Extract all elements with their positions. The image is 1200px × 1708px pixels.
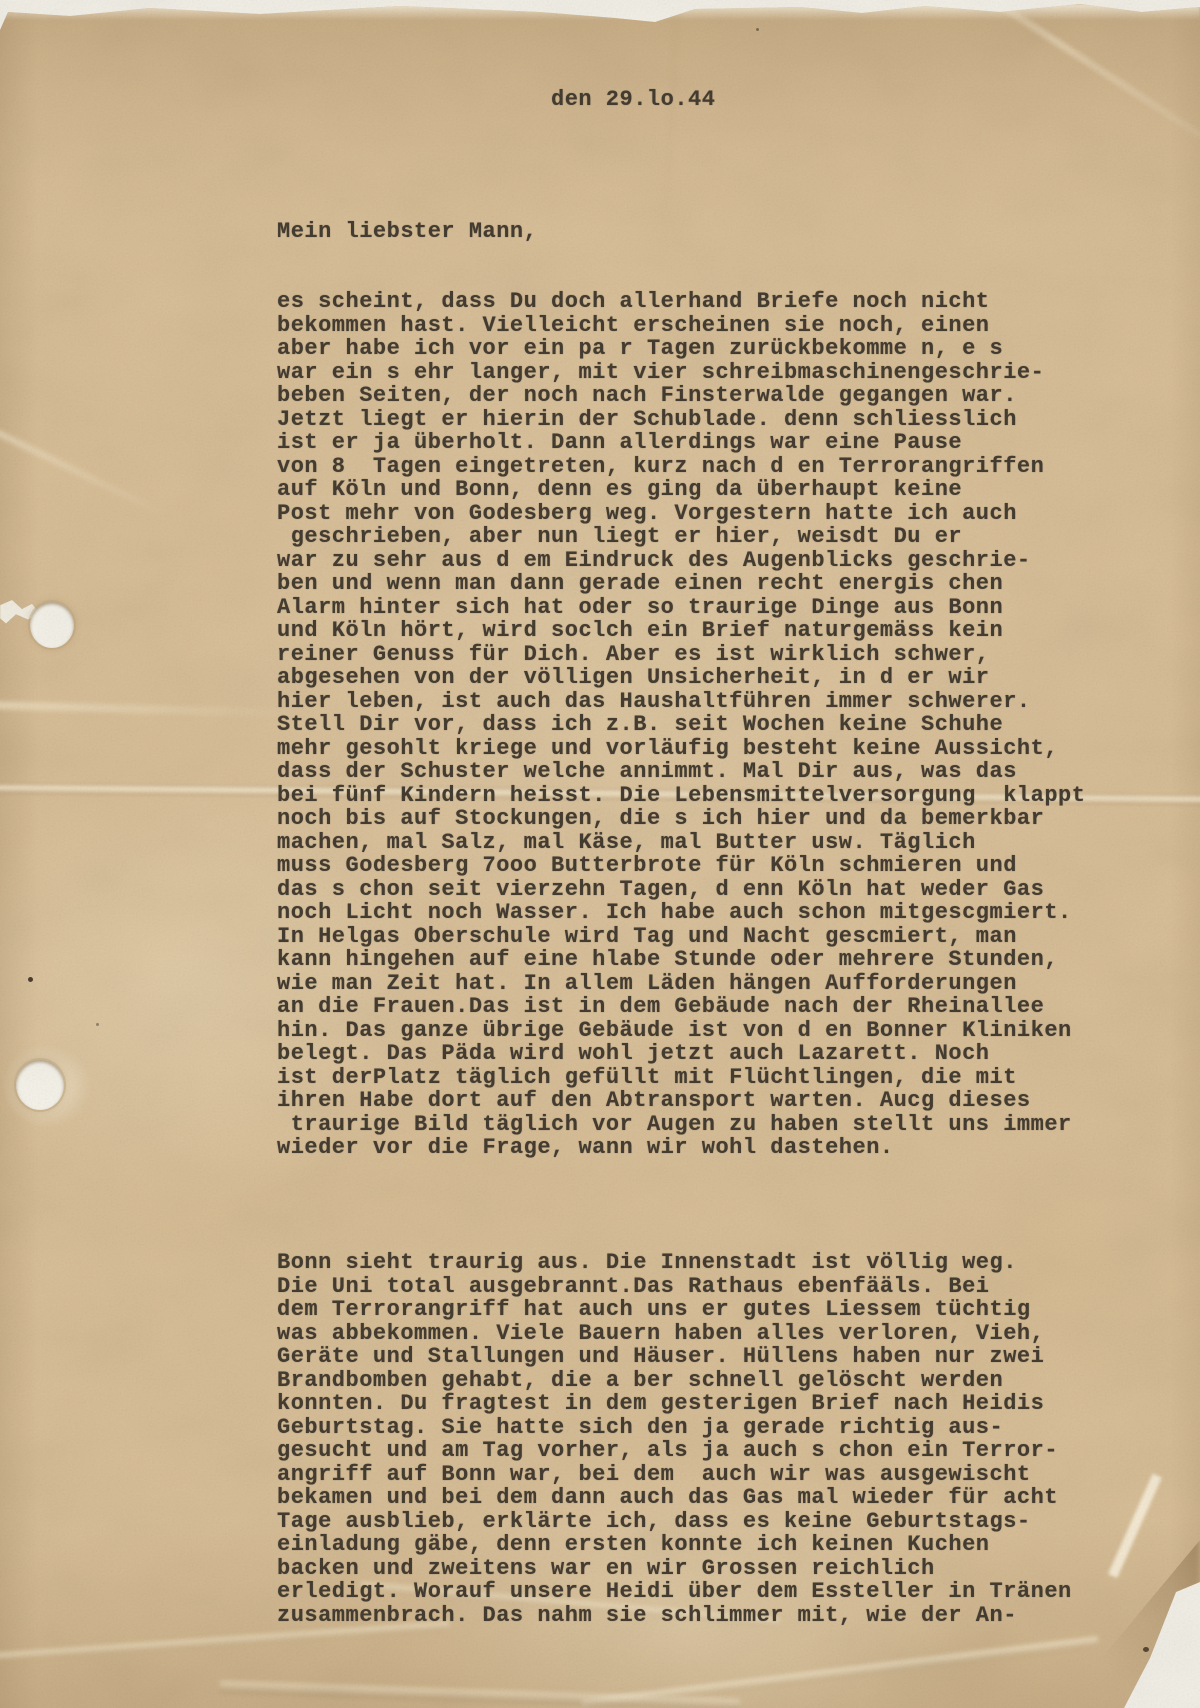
letter-line: kann hingehen auf eine hlabe Stunde oder… (277, 948, 1085, 972)
letter-line: konnten. Du fragtest in dem gesterigen B… (277, 1392, 1072, 1416)
scanned-letter-scan: den 29.lo.44 Mein liebster Mann, es sche… (0, 0, 1200, 1708)
letter-line: Alarm hinter sich hat oder so traurige D… (277, 596, 1085, 620)
letter-line: von 8 Tagen eingetreten, kurz nach d en … (277, 455, 1085, 479)
letter-line: das s chon seit vierzehn Tagen, d enn Kö… (277, 878, 1085, 902)
letter-line: Geräte und Stallungen und Häuser. Hüllen… (277, 1345, 1072, 1369)
letter-line: Die Uni total ausgebrannt.Das Rathaus eb… (277, 1275, 1072, 1299)
letter-line: gesucht und am Tag vorher, als ja auch s… (277, 1439, 1072, 1463)
letter-line: erledigt. Worauf unsere Heidi über dem E… (277, 1580, 1072, 1604)
letter-line: In Helgas Oberschule wird Tag und Nacht … (277, 925, 1085, 949)
letter-line: Stell Dir vor, dass ich z.B. seit Wochen… (277, 713, 1085, 737)
bottom-crease-3 (581, 1636, 1098, 1708)
letter-paragraph-2: Bonn sieht traurig aus. Die Innenstadt i… (277, 1251, 1072, 1627)
letter-line: bei fünf Kindern heisst. Die Lebensmitte… (277, 784, 1085, 808)
ink-speck (28, 977, 33, 982)
vertical-crease (661, 0, 680, 240)
letter-line: hier leben, ist auch das Haushaltführen … (277, 690, 1085, 714)
ink-speck (756, 28, 759, 31)
letter-line: bekommen hast. Vielleicht erscheinen sie… (277, 314, 1085, 338)
letter-line: bekamen und bei dem dann auch das Gas ma… (277, 1486, 1072, 1510)
crease-near-hole (0, 429, 168, 519)
letter-line: geschrieben, aber nun liegt er hier, wei… (277, 525, 1085, 549)
letter-line: hin. Das ganze übrige Gebäude ist von d … (277, 1019, 1085, 1043)
letter-line: Tage ausblieb, erklärte ich, dass es kei… (277, 1510, 1072, 1534)
letter-line: beben Seiten, der noch nach Finsterwalde… (277, 384, 1085, 408)
letter-line: war zu sehr aus d em Eindruck des Augenb… (277, 549, 1085, 573)
letter-line: zusammenbrach. Das nahm sie schlimmer mi… (277, 1604, 1072, 1628)
letter-line: backen und zweitens war en wir Grossen r… (277, 1557, 1072, 1581)
letter-line: einladung gäbe, denn ersten konnte ich k… (277, 1533, 1072, 1557)
letter-line: ist er ja überholt. Dann allerdings war … (277, 431, 1085, 455)
left-crease (0, 701, 300, 717)
letter-line: und Köln hört, wird soclch ein Brief nat… (277, 619, 1085, 643)
letter-line: noch Licht noch Wasser. Ich habe auch sc… (277, 901, 1085, 925)
letter-line: dem Terrorangriff hat auch uns er gutes … (277, 1298, 1072, 1322)
letter-line: muss Godesberg 7ooo Butterbrote für Köln… (277, 854, 1085, 878)
letter-line: es scheint, dass Du doch allerhand Brief… (277, 290, 1085, 314)
punch-hole-top (30, 602, 74, 648)
folded-corner-edge (1108, 1474, 1162, 1579)
folded-corner-shadow (1060, 1540, 1200, 1708)
letter-line: belegt. Das Päda wird wohl jetzt auch La… (277, 1042, 1085, 1066)
torn-top-edge (0, 4, 1200, 20)
letter-line: Post mehr von Godesberg weg. Vorgestern … (277, 502, 1085, 526)
letter-line: was abbekommen. Viele Bauern haben alles… (277, 1322, 1072, 1346)
letter-line: Jetzt liegt er hierin der Schublade. den… (277, 408, 1085, 432)
bottom-crease-1 (0, 1621, 450, 1663)
letter-line: an die Frauen.Das ist in dem Gebäude nac… (277, 995, 1085, 1019)
letter-line: ihren Habe dort auf den Abtransport wart… (277, 1089, 1085, 1113)
ink-speck (96, 1023, 99, 1026)
letter-line: wieder vor die Frage, wann wir wohl dast… (277, 1136, 1085, 1160)
letter-line: machen, mal Salz, mal Käse, mal Butter u… (277, 831, 1085, 855)
punch-hole-bottom (16, 1060, 64, 1110)
letter-line: Brandbomben gehabt, die a ber schnell ge… (277, 1369, 1072, 1393)
letter-line: abgesehen von der völligen Unsicherheit,… (277, 666, 1085, 690)
letter-line: aber habe ich vor ein pa r Tagen zurückb… (277, 337, 1085, 361)
letter-paragraph-1: es scheint, dass Du doch allerhand Brief… (277, 290, 1085, 1160)
letter-line: auf Köln und Bonn, denn es ging da überh… (277, 478, 1085, 502)
letter-line: angriff auf Bonn war, bei dem auch wir w… (277, 1463, 1072, 1487)
letter-line: wie man Zeit hat. In allem Läden hängen … (277, 972, 1085, 996)
letter-line: ben und wenn man dann gerade einen recht… (277, 572, 1085, 596)
letter-paper: den 29.lo.44 Mein liebster Mann, es sche… (0, 0, 1200, 1708)
letter-line: ist derPlatz täglich gefüllt mit Flüchtl… (277, 1066, 1085, 1090)
letter-line: war ein s ehr langer, mit vier schreibma… (277, 361, 1085, 385)
bottom-crease-4 (220, 1681, 740, 1708)
letter-line: Bonn sieht traurig aus. Die Innenstadt i… (277, 1251, 1072, 1275)
letter-line: dass der Schuster welche annimmt. Mal Di… (277, 760, 1085, 784)
top-right-crease (912, 0, 1200, 181)
letter-line: traurige Bild täglich vor Augen zu haben… (277, 1113, 1085, 1137)
letter-line: reiner Genuss für Dich. Aber es ist wirk… (277, 643, 1085, 667)
letter-salutation: Mein liebster Mann, (277, 220, 537, 244)
ink-speck (1143, 1647, 1149, 1652)
letter-line: mehr gesohlt kriege und vorläufig besteh… (277, 737, 1085, 761)
letter-line: Geburtstag. Sie hatte sich den ja gerade… (277, 1416, 1072, 1440)
letter-line: noch bis auf Stockungen, die s ich hier … (277, 807, 1085, 831)
letter-date: den 29.lo.44 (551, 88, 715, 112)
